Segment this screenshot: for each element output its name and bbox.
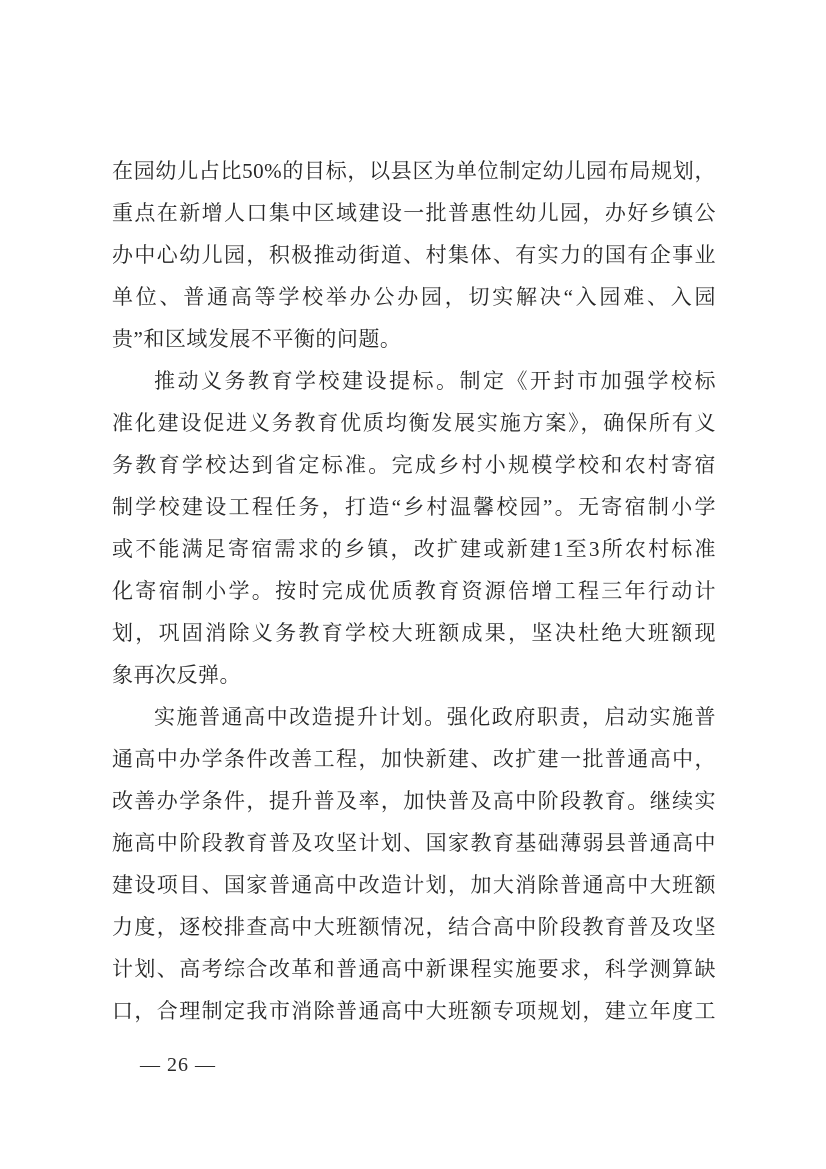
text-line: 单位、普通高等学校举办公办园，切实解决“入园难、入园	[112, 276, 716, 318]
text-line: 建设项目、国家普通高中改造计划，加大消除普通高中大班额	[112, 864, 716, 906]
text-line: 化寄宿制小学。按时完成优质教育资源倍增工程三年行动计	[112, 570, 716, 612]
text-line: 口，合理制定我市消除普通高中大班额专项规划，建立年度工	[112, 990, 716, 1032]
text-line: 力度，逐校排查高中大班额情况，结合高中阶段教育普及攻坚	[112, 906, 716, 948]
text-line: 准化建设促进义务教育优质均衡发展实施方案》，确保所有义	[112, 402, 716, 444]
text-line: 计划、高考综合改革和普通高中新课程实施要求，科学测算缺	[112, 948, 716, 990]
text-line: 施高中阶段教育普及攻坚计划、国家教育基础薄弱县普通高中	[112, 822, 716, 864]
page-number: — 26 —	[140, 1053, 216, 1077]
text-line: 推动义务教育学校建设提标。制定《开封市加强学校标	[112, 360, 716, 402]
document-body: 在园幼儿占比50%的目标，以县区为单位制定幼儿园布局规划，重点在新增人口集中区域…	[112, 150, 716, 1032]
text-line: 划，巩固消除义务教育学校大班额成果，坚决杜绝大班额现	[112, 612, 716, 654]
text-line: 制学校建设工程任务，打造“乡村温馨校园”。无寄宿制小学	[112, 486, 716, 528]
text-line: 改善办学条件，提升普及率，加快普及高中阶段教育。继续实	[112, 780, 716, 822]
text-line: 或不能满足寄宿需求的乡镇，改扩建或新建1至3所农村标准	[112, 528, 716, 570]
text-line: 务教育学校达到省定标准。完成乡村小规模学校和农村寄宿	[112, 444, 716, 486]
text-line: 办中心幼儿园，积极推动街道、村集体、有实力的国有企事业	[112, 234, 716, 276]
text-line: 通高中办学条件改善工程，加快新建、改扩建一批普通高中，	[112, 738, 716, 780]
text-line: 象再次反弹。	[112, 654, 716, 696]
document-page: 在园幼儿占比50%的目标，以县区为单位制定幼儿园布局规划，重点在新增人口集中区域…	[0, 0, 826, 1169]
text-line: 在园幼儿占比50%的目标，以县区为单位制定幼儿园布局规划，	[112, 150, 716, 192]
text-line: 实施普通高中改造提升计划。强化政府职责，启动实施普	[112, 696, 716, 738]
text-line: 贵”和区域发展不平衡的问题。	[112, 318, 716, 360]
text-line: 重点在新增人口集中区域建设一批普惠性幼儿园，办好乡镇公	[112, 192, 716, 234]
